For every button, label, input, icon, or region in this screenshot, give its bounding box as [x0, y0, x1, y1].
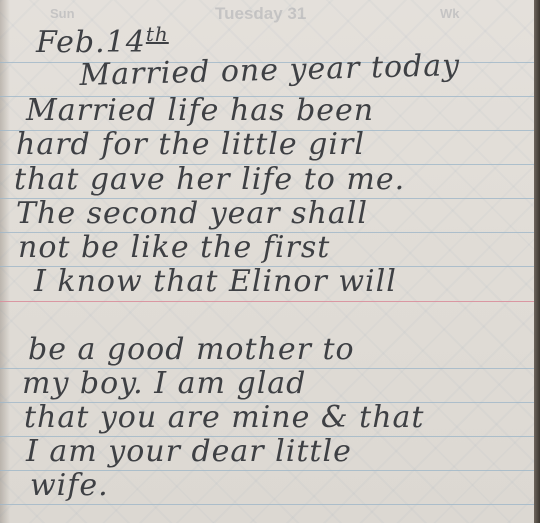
binding-edge — [534, 0, 540, 523]
entry-line: my boy. I am glad — [22, 366, 306, 401]
page-gutter-shadow — [0, 0, 10, 523]
ruled-line — [0, 504, 534, 505]
printed-header-left: Sun — [50, 6, 75, 21]
entry-line: I am your dear little — [26, 434, 352, 469]
entry-line: wife. — [30, 468, 109, 503]
entry-line: not be like the first — [18, 230, 330, 265]
entry-line: hard for the little girl — [16, 127, 365, 162]
diary-page: Sun Tuesday 31 Wk Feb.14th Married one y… — [0, 0, 534, 523]
printed-header-right: Wk — [440, 6, 460, 21]
entry-date-text: Feb.14 — [36, 25, 146, 60]
entry-line: I know that Elinor will — [34, 264, 397, 299]
entry-line: that gave her life to me. — [14, 162, 405, 197]
entry-date: Feb.14th — [36, 22, 169, 60]
margin-line-red — [0, 301, 534, 302]
entry-line: that you are mine & that — [24, 400, 424, 435]
entry-line: The second year shall — [16, 196, 368, 231]
entry-line: Married life has been — [26, 93, 374, 128]
entry-date-suffix: th — [146, 22, 169, 46]
printed-day-label: Tuesday 31 — [215, 4, 306, 24]
entry-line: be a good mother to — [28, 332, 355, 367]
